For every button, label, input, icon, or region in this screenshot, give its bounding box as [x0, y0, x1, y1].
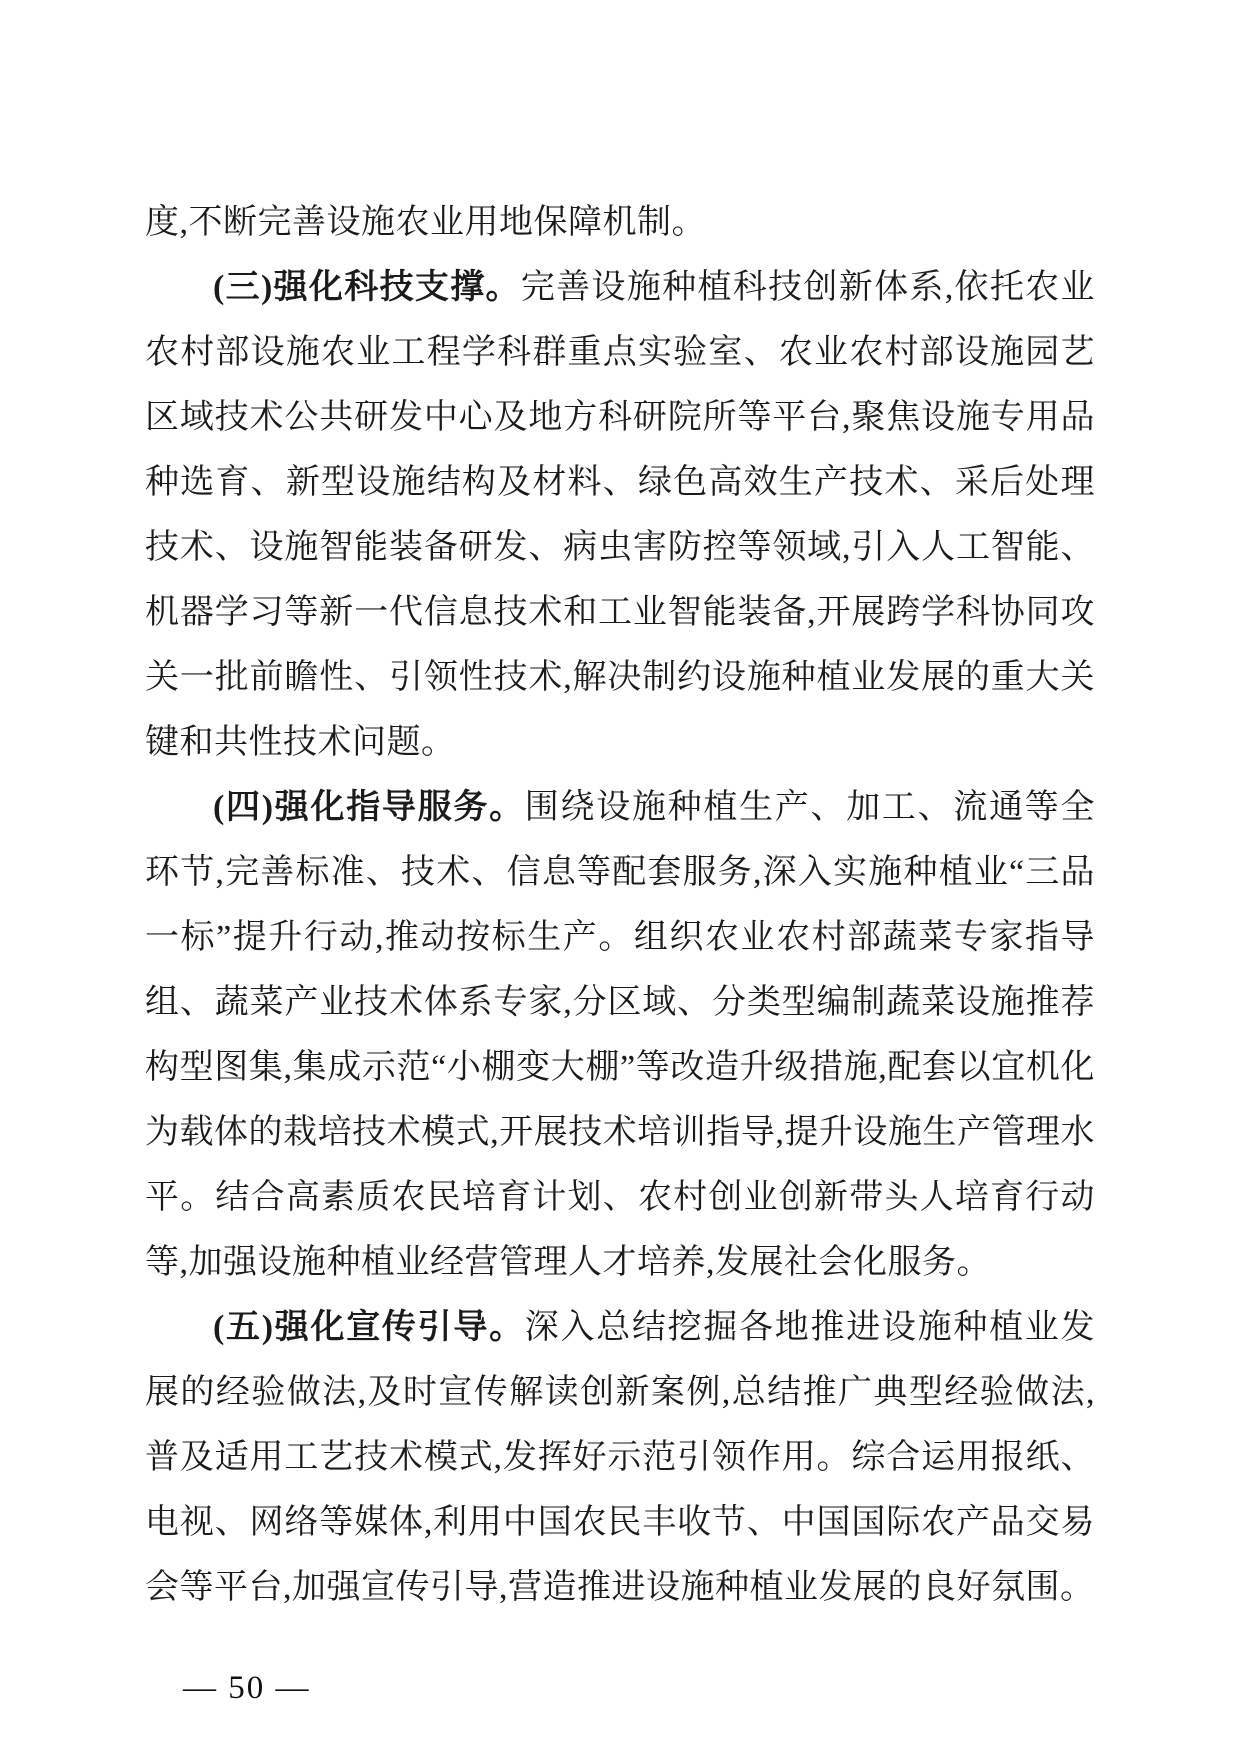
- document-page: 度,不断完善设施农业用地保障机制。 (三)强化科技支撑。完善设施种植科技创新体系…: [0, 0, 1240, 1754]
- section-paragraph-4: (四)强化指导服务。围绕设施种植生产、加工、流通等全环节,完善标准、技术、信息等…: [145, 775, 1095, 1295]
- section-paragraph-3: (三)强化科技支撑。完善设施种植科技创新体系,依托农业农村部设施农业工程学科群重…: [145, 255, 1095, 775]
- section-body-4: 围绕设施种植生产、加工、流通等全环节,完善标准、技术、信息等配套服务,深入实施种…: [145, 789, 1095, 1281]
- section-body-3: 完善设施种植科技创新体系,依托农业农村部设施农业工程学科群重点实验室、农业农村部…: [145, 269, 1095, 761]
- section-heading-3: (三)强化科技支撑。: [213, 269, 521, 306]
- page-number: — 50 —: [183, 1668, 1095, 1708]
- section-paragraph-5: (五)强化宣传引导。深入总结挖掘各地推进设施种植业发展的经验做法,及时宣传解读创…: [145, 1295, 1095, 1620]
- section-heading-4: (四)强化指导服务。: [213, 789, 525, 826]
- section-heading-5: (五)强化宣传引导。: [213, 1309, 525, 1346]
- section-body-5: 深入总结挖掘各地推进设施种植业发展的经验做法,及时宣传解读创新案例,总结推广典型…: [145, 1309, 1095, 1606]
- document-body: 度,不断完善设施农业用地保障机制。 (三)强化科技支撑。完善设施种植科技创新体系…: [145, 190, 1095, 1708]
- paragraph-continuation-text: 度,不断完善设施农业用地保障机制。: [145, 204, 706, 241]
- paragraph-continuation: 度,不断完善设施农业用地保障机制。: [145, 190, 1095, 255]
